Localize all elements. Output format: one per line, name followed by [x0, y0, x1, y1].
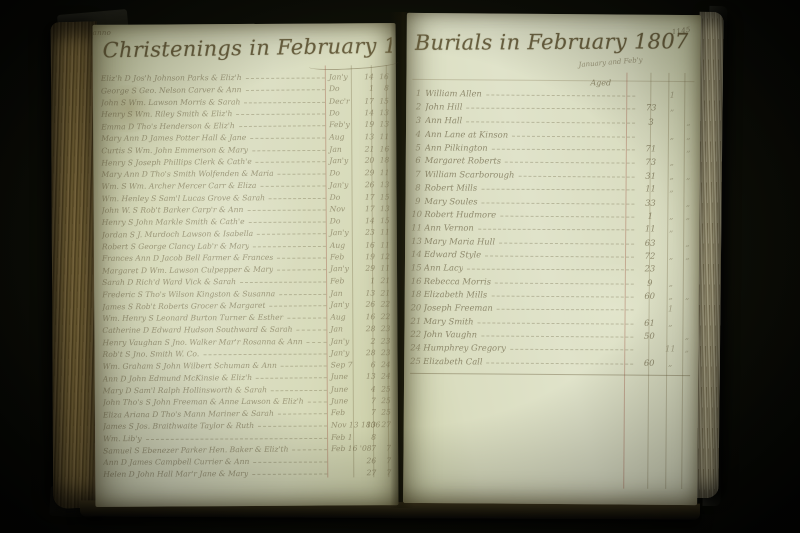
entry-age: 33: [638, 197, 662, 207]
leader-line: [258, 426, 327, 427]
burial-entry-row: 20 Joseph Freeman 1: [411, 300, 695, 315]
burial-entry-row: 8 Robert Mills 11 „: [412, 179, 696, 194]
leader-line: [308, 402, 327, 403]
entry-name: Helen D John Hall Mar'r Jane & Mary: [103, 469, 248, 479]
entry-name: Mary Smith: [423, 316, 473, 326]
ditto-mark: „: [681, 117, 696, 127]
ditto-mark: „: [680, 198, 695, 208]
entry-name: Mary D Sam'l Ralph Hollinsworth & Sarah: [103, 385, 267, 395]
christening-entry-row: Helen D John Hall Mar'r Jane & Mary 27 7: [103, 465, 393, 479]
leader-line: [257, 233, 326, 235]
entry-day: 6: [412, 155, 425, 165]
entry-name: Ann Hall: [425, 115, 462, 125]
burial-entry-row: 15 Ann Lacy 23: [411, 259, 695, 274]
ditto-mark: „: [680, 238, 695, 248]
entry-age: 31: [639, 170, 663, 180]
left-page-title: Christenings in February 1807: [102, 34, 391, 63]
entry-name: Wm. Lib'y: [103, 434, 142, 443]
entry-day: 15: [411, 263, 424, 273]
entry-month: Jan'y: [329, 156, 359, 165]
entry-month: Jan'y: [330, 228, 360, 237]
christening-entry-row: Mary D Sam'l Ralph Hollinsworth & Sarah …: [103, 382, 393, 396]
entry-name: William Scarborough: [425, 169, 515, 180]
christening-entry-row: John S Wm. Lawson Morris & Sarah Dec'r 1…: [101, 94, 391, 108]
entry-day: 29: [360, 264, 375, 273]
leader-line: [256, 377, 327, 379]
leader-line: [269, 198, 326, 199]
leader-line: [500, 215, 634, 217]
ditto-mark: „: [663, 157, 681, 167]
entry-month: Jan'y: [330, 337, 360, 346]
leader-line: [499, 242, 634, 244]
entry-name: Henry Vaughan S Jno. Walker Mar'r Rosann…: [102, 337, 302, 347]
entry-name: Emma D Tho's Henderson & Eliz'h: [101, 121, 235, 131]
ditto-mark: „: [662, 278, 680, 288]
entry-day: 10: [411, 209, 424, 219]
entry-name: James S Rob't Roberts Grocer & Margaret: [102, 301, 265, 312]
entry-month: Feb 16 '08: [331, 444, 361, 453]
leader-line: [252, 150, 325, 151]
entry-number: 8: [374, 83, 391, 92]
entry-month: Feb'y: [329, 120, 359, 129]
entry-day: 17: [359, 97, 374, 106]
leader-line: [478, 322, 634, 324]
entry-name: Margaret Roberts: [425, 155, 501, 166]
entry-day: 4: [412, 128, 425, 138]
entry-name: Robert Hudmore: [424, 209, 496, 220]
entry-age: 1: [638, 211, 662, 221]
entry-month: June: [331, 372, 361, 381]
entry-number: 11: [374, 132, 391, 141]
entry-day: 1: [359, 84, 374, 93]
entry-name: James S Jos. Braithwaite Taylor & Ruth: [103, 421, 254, 431]
leader-line: [307, 342, 327, 343]
entry-day: 13: [361, 420, 376, 429]
entry-day: 20: [411, 303, 424, 313]
entry-number: 11: [374, 168, 391, 177]
entry-day: 19: [359, 120, 374, 129]
entry-number: 15: [374, 97, 391, 106]
entry-day: 4: [361, 385, 376, 394]
entry-month: Aug: [330, 241, 360, 250]
entry-age: 63: [638, 237, 662, 247]
entry-age: 9: [638, 278, 662, 288]
entry-day: 16: [360, 241, 375, 250]
entry-name: Robert Mills: [425, 183, 478, 193]
leader-line: [256, 161, 326, 163]
entry-month: Feb: [330, 276, 360, 285]
leader-line: [203, 354, 326, 356]
entry-age: 11: [638, 224, 662, 234]
leader-line: [279, 294, 326, 295]
leader-line: [260, 186, 325, 187]
entry-name: Edward Style: [424, 249, 481, 259]
leader-line: [278, 174, 326, 175]
entry-name: Ann Vernon: [424, 223, 474, 233]
entry-day: 7: [361, 444, 376, 453]
leader-line: [518, 175, 634, 177]
left-page-christenings: anno Christenings in February 1807 Eliz'…: [93, 23, 399, 507]
ditto-mark: „: [680, 211, 695, 221]
entry-month: Dec'r: [329, 97, 359, 106]
leader-line: [510, 350, 633, 352]
leader-line: [277, 269, 326, 271]
ditto-mark: „: [661, 318, 679, 328]
leader-line: [292, 449, 327, 450]
entry-name: John Vaughn: [423, 329, 477, 339]
leader-line: [491, 296, 633, 298]
entry-day: 27: [361, 468, 376, 477]
entry-name: William Allen: [425, 88, 482, 98]
entry-name: Eliza Ariana D Tho's Mann Mariner & Sara…: [103, 409, 274, 420]
entry-day: 26: [361, 456, 376, 465]
entry-age: 11: [639, 184, 663, 194]
entry-day: 7: [361, 408, 376, 417]
entry-name: Henry S Joseph Phillips Clerk & Cath'e: [101, 157, 252, 168]
leader-line: [512, 135, 635, 137]
ditto-mark: „: [663, 171, 681, 181]
register-book-photo: anno Christenings in February 1807 Eliz'…: [0, 0, 800, 533]
entry-name: Sarah D Rich'd Ward Vick & Sarah: [102, 277, 236, 287]
entry-month: Aug: [329, 132, 359, 141]
leader-line: [497, 309, 634, 311]
ditto-mark: „: [663, 130, 681, 140]
entry-day: 16: [411, 276, 424, 286]
catchword-annotation: anno: [93, 29, 112, 37]
entry-day: 1: [360, 276, 375, 285]
ditto-mark: „: [663, 184, 681, 194]
entry-name: Ann Pilkington: [425, 142, 488, 152]
entry-month: Jan'y: [331, 348, 361, 357]
leader-line: [281, 366, 327, 367]
christening-entry-row: Robert S George Clancy Lab'r & Mary Aug …: [102, 238, 392, 252]
entry-name: Ann Lane at Kinson: [425, 129, 508, 140]
entry-day: 21: [410, 316, 423, 326]
christening-entry-row: Wm. Henley S Sam'l Lucas Grove & Sarah D…: [102, 190, 392, 204]
ditto-mark: 1: [662, 304, 680, 314]
entry-day: 22: [410, 329, 423, 339]
entry-day: 28: [361, 348, 376, 357]
entry-name: Joseph Freeman: [424, 303, 493, 313]
entry-name: John S Wm. Lawson Morris & Sarah: [101, 97, 240, 107]
leader-line: [287, 318, 326, 319]
entry-day: 17: [360, 204, 375, 213]
ditto-mark: „: [679, 344, 694, 354]
entry-day: 17: [360, 193, 375, 202]
entry-month: Do: [329, 84, 359, 93]
entry-name: Mary Ann D James Potter Hall & Jane: [101, 133, 246, 143]
leader-line: [478, 229, 634, 231]
entry-age: 60: [637, 358, 661, 368]
entry-day: 26: [359, 180, 374, 189]
leader-line: [247, 210, 325, 211]
entry-age: 3: [639, 117, 663, 127]
entry-day: 23: [360, 228, 375, 237]
leader-line: [492, 149, 635, 151]
leader-line: [250, 138, 325, 139]
entry-name: Wm. S Wm. Archer Mercer Carr & Eliza: [101, 181, 256, 191]
entry-month: Jan'y: [329, 180, 359, 189]
entry-name: Margaret D Wm. Lawson Culpepper & Mary: [102, 265, 273, 276]
ditto-mark: „: [681, 131, 696, 141]
entry-month: Nov 13 1806: [331, 420, 361, 429]
leader-line: [278, 413, 327, 415]
entry-name: John Hill: [425, 102, 462, 112]
entry-month: June: [331, 385, 361, 394]
leader-line: [146, 438, 327, 440]
header-rule: [412, 79, 694, 82]
entry-name: Elizabeth Call: [423, 356, 482, 366]
leader-line: [481, 336, 633, 338]
entry-name: Robert S George Clancy Lab'r & Mary: [102, 241, 250, 251]
header-subnote: January and Feb'y: [578, 56, 642, 69]
entry-age: 61: [637, 318, 661, 328]
entry-day: 25: [410, 356, 423, 366]
entry-month: Do: [329, 168, 359, 177]
entry-age: 71: [639, 143, 663, 153]
leader-line: [277, 258, 326, 259]
leader-line: [244, 102, 325, 103]
leader-line: [466, 108, 635, 110]
entry-day: 7: [412, 169, 425, 179]
entry-day: 11: [411, 223, 424, 233]
entry-name: Mary Maria Hull: [424, 236, 495, 247]
entry-day: 18: [411, 289, 424, 299]
entry-day: 5: [412, 142, 425, 152]
burial-entry-row: 25 Elizabeth Call 60 „: [410, 353, 694, 369]
right-page-burials: 1145 Burials in February 1807 January an…: [403, 13, 701, 505]
leader-line: [505, 162, 635, 164]
leader-line: [467, 269, 634, 271]
entry-day: 20: [359, 156, 374, 165]
leader-line: [481, 189, 634, 191]
leader-line: [487, 363, 634, 365]
ditto-mark: „: [663, 103, 681, 113]
burial-entry-row: 2 John Hill 73 „: [412, 99, 696, 114]
burial-entry-row: 4 Ann Lane at Kinson „ „: [412, 125, 696, 141]
leader-line: [485, 256, 634, 258]
entry-number: 13: [374, 180, 391, 189]
burial-entry-row: 11 Ann Vernon 11 „: [411, 219, 695, 234]
entry-age: 23: [638, 264, 662, 274]
entry-age: 73: [639, 103, 663, 113]
ditto-mark: „: [681, 171, 696, 181]
leader-line: [249, 222, 326, 223]
leader-line: [252, 474, 327, 475]
leader-line: [240, 282, 326, 284]
entry-month: Nov: [330, 204, 360, 213]
entry-name: Rebecca Morris: [424, 276, 491, 287]
entry-number: 18: [374, 155, 391, 164]
burial-entry-row: 7 William Scarborough 31 „ „: [412, 165, 696, 181]
entry-day: 16: [360, 312, 375, 321]
entry-month: Feb: [331, 408, 361, 417]
ditto-mark: „: [681, 144, 696, 154]
christening-entries: Eliz'h D Jos'h Johnson Parks & Eliz'h Ja…: [101, 69, 393, 479]
ditto-mark: „: [662, 224, 680, 234]
leader-line: [466, 121, 635, 123]
leader-line: [486, 95, 635, 97]
right-page-title: Burials in February 1807: [415, 29, 697, 55]
leader-line: [270, 305, 327, 307]
ditto-mark: 11: [661, 344, 679, 354]
entry-day: 3: [412, 115, 425, 125]
entry-day: 26: [360, 300, 375, 309]
leader-line: [239, 125, 325, 127]
entry-day: 9: [411, 195, 424, 205]
leader-line: [271, 390, 327, 391]
entry-day: 29: [359, 168, 374, 177]
leader-line: [495, 282, 634, 284]
entry-name: Elizabeth Mills: [424, 289, 488, 299]
ditto-mark: „: [662, 211, 680, 221]
entry-month: Jan'y: [330, 264, 360, 273]
leader-line: [236, 114, 325, 116]
entry-day: 13: [361, 372, 376, 381]
burial-entry-row: 24 Humphrey Gregory 11 „: [410, 340, 694, 355]
ditto-mark: „: [661, 358, 679, 368]
entry-name: Mary Soules: [424, 196, 477, 206]
leader-line: [246, 78, 325, 79]
entry-name: Humphrey Gregory: [423, 343, 506, 353]
entry-month: Jan: [330, 324, 360, 333]
entry-month: Do: [330, 193, 360, 202]
entry-day: 1: [412, 88, 425, 98]
entry-day: 8: [412, 183, 425, 193]
entry-age: 73: [639, 157, 663, 167]
entry-day: 2: [412, 102, 425, 112]
entry-day: 2: [360, 337, 375, 346]
leader-line: [482, 202, 635, 204]
entry-day: 24: [410, 343, 423, 353]
entry-name: Ann Lacy: [424, 263, 464, 273]
entry-day: 14: [411, 249, 424, 259]
christening-entry-row: Henry Vaughan S Jno. Walker Mar'r Rosann…: [102, 334, 392, 348]
burial-entry-row: 5 Ann Pilkington 71 „: [412, 139, 696, 154]
entry-month: Aug: [330, 312, 360, 321]
leader-line: [246, 89, 325, 91]
leader-line: [253, 246, 326, 247]
entry-day: 13: [411, 236, 424, 246]
entry-name: Wm. Henley S Sam'l Lucas Grove & Sarah: [102, 193, 265, 203]
burial-entries: 1 William Allen 1 2 John Hill 73 „: [410, 85, 696, 368]
leader-line: [297, 330, 327, 331]
leader-line: [253, 462, 327, 463]
entry-day: 28: [360, 324, 375, 333]
entry-number: 13: [374, 119, 391, 128]
entry-day: 13: [359, 132, 374, 141]
entry-month: Jan'y: [330, 300, 360, 309]
